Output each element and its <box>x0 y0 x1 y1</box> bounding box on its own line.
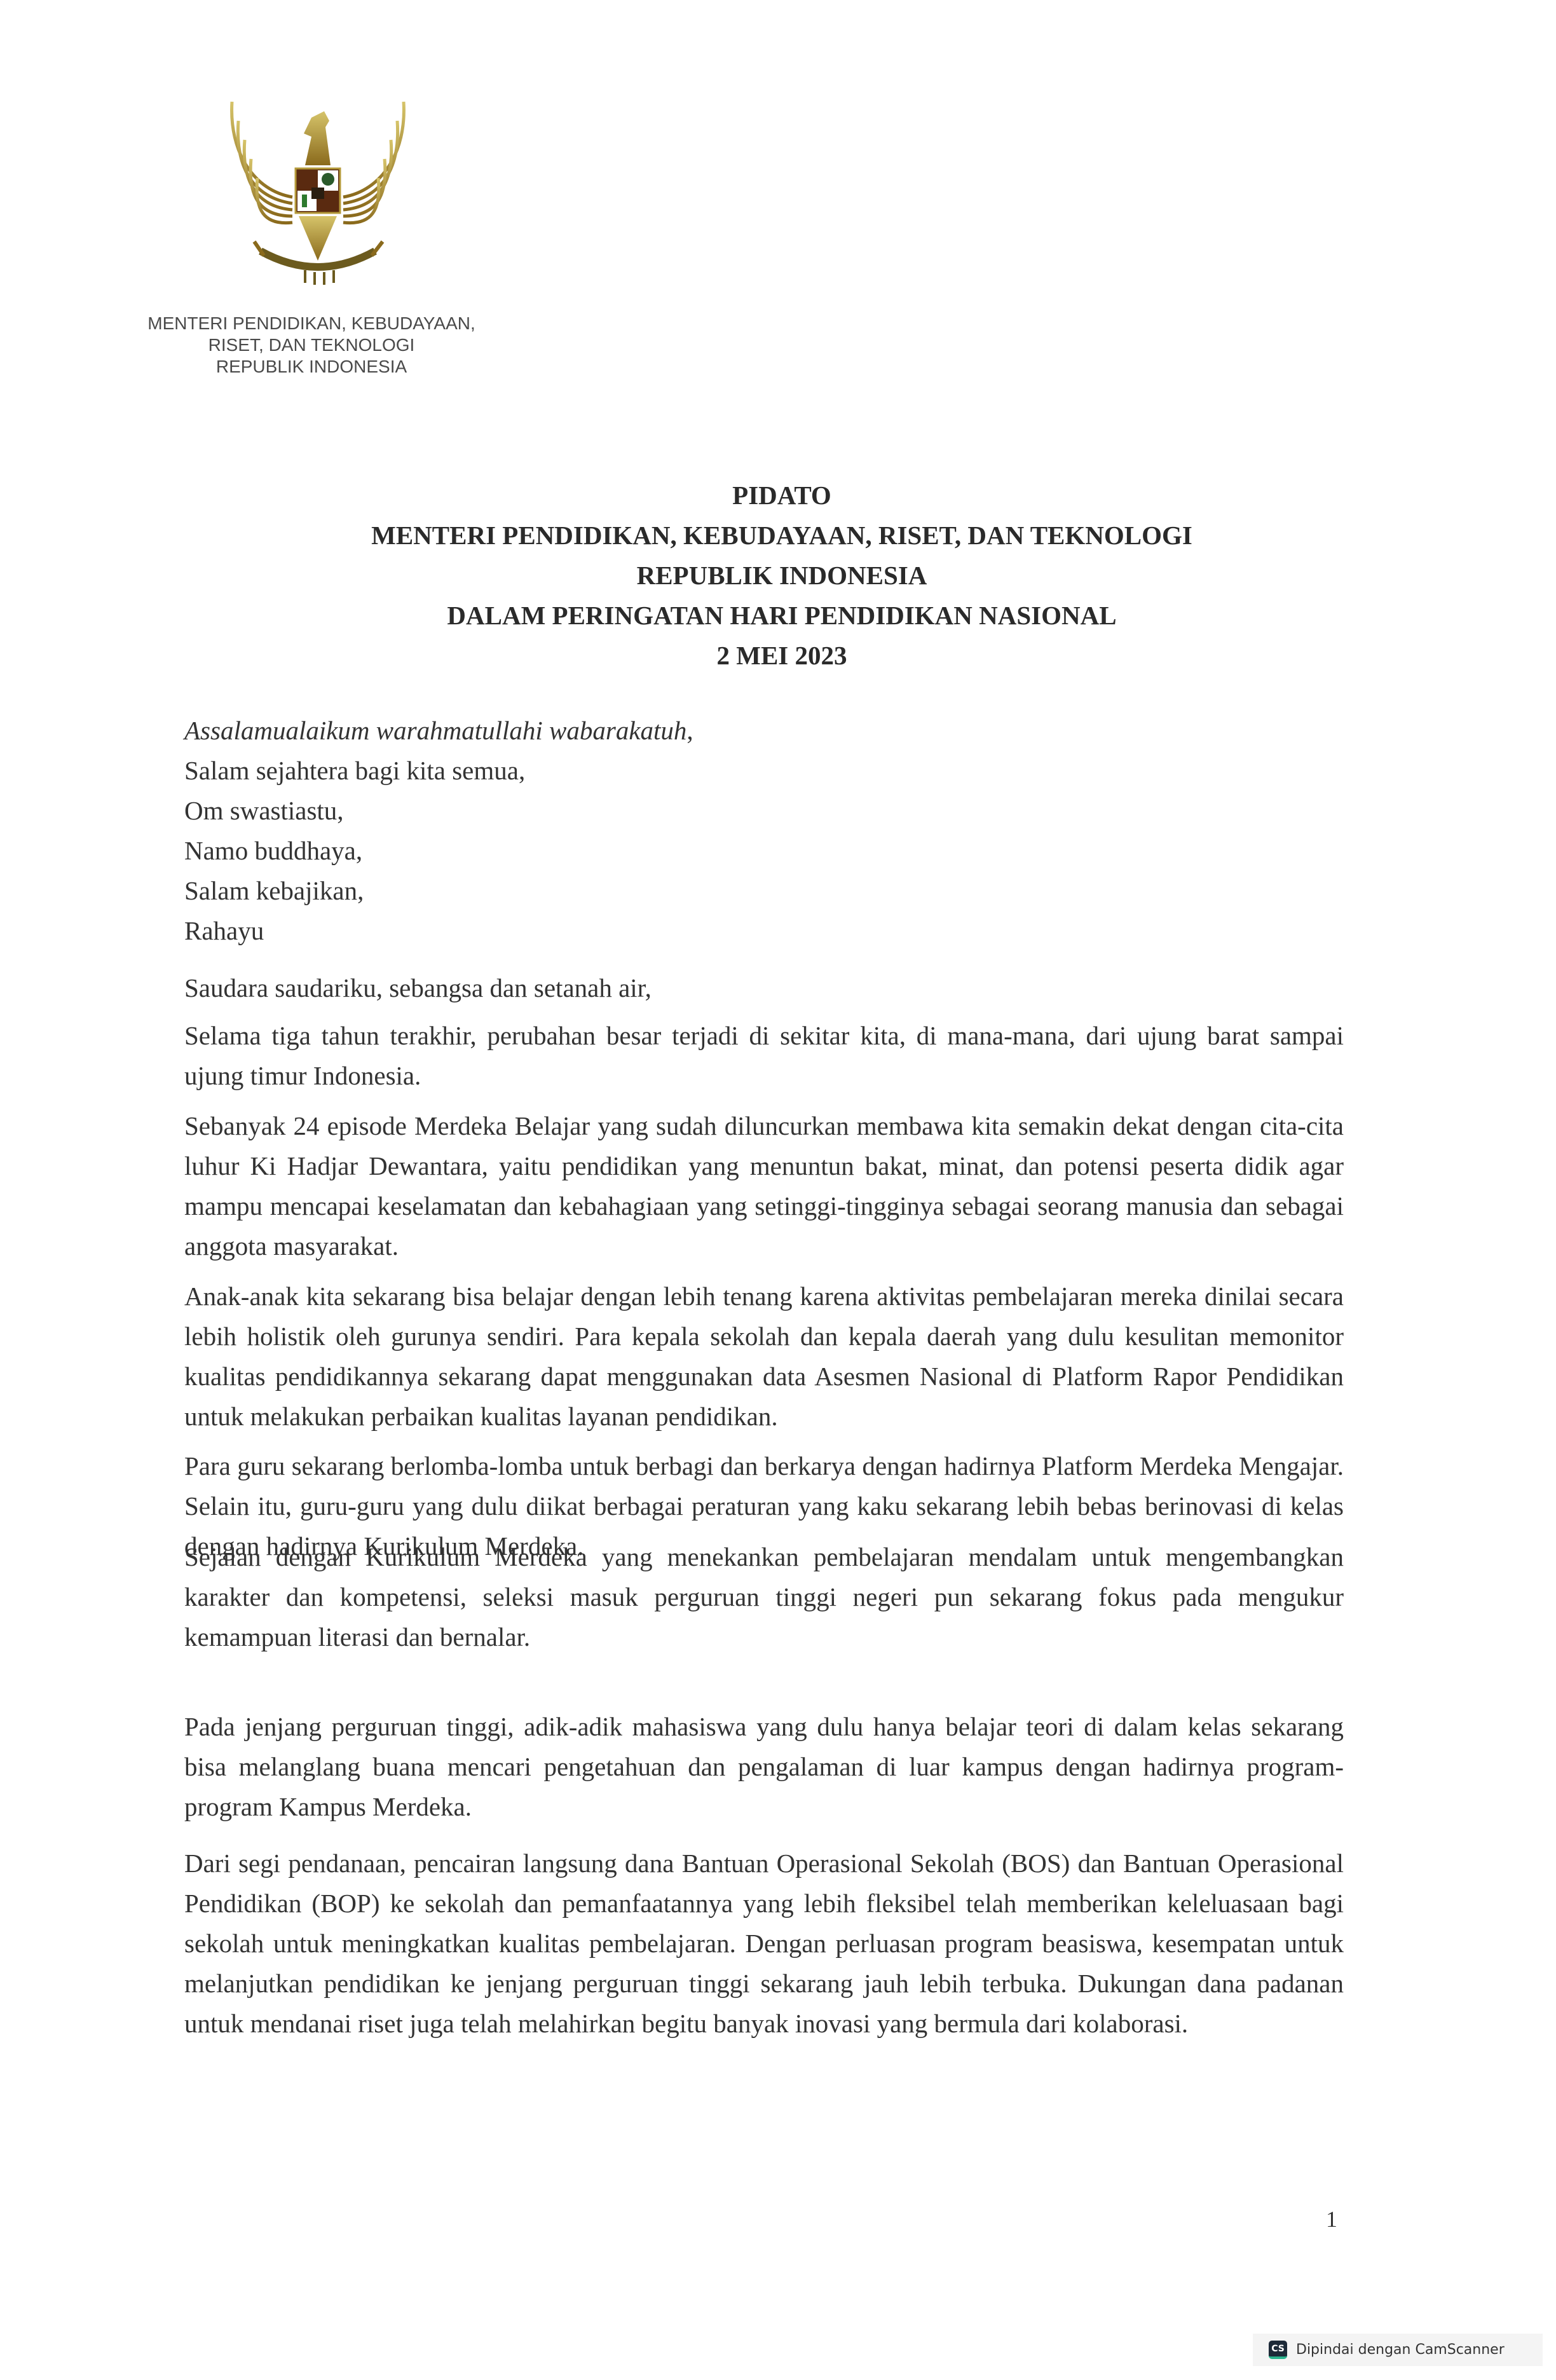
paragraph: Pada jenjang perguruan tinggi, adik-adik… <box>184 1707 1344 1827</box>
salutation-line: Salam kebajikan, <box>184 871 693 911</box>
speech-title: PIDATO MENTERI PENDIDIKAN, KEBUDAYAAN, R… <box>242 475 1322 676</box>
salutation-italic: Assalamualaikum warahmatullahi wabarakat… <box>184 716 686 745</box>
audience-address: Saudara saudariku, sebangsa dan setanah … <box>184 968 652 1008</box>
salutation-line: Assalamualaikum warahmatullahi wabarakat… <box>184 711 693 751</box>
salutations: Assalamualaikum warahmatullahi wabarakat… <box>184 711 693 951</box>
paragraph: Sejalan dengan Kurikulum Merdeka yang me… <box>184 1537 1344 1657</box>
ministry-line: RISET, DAN TEKNOLOGI <box>114 334 508 356</box>
title-line: DALAM PERINGATAN HARI PENDIDIKAN NASIONA… <box>242 596 1322 636</box>
title-line: MENTERI PENDIDIKAN, KEBUDAYAAN, RISET, D… <box>242 516 1322 556</box>
garuda-emblem-icon <box>216 89 420 299</box>
ministry-line: MENTERI PENDIDIKAN, KEBUDAYAAN, <box>114 313 508 334</box>
salutation-line: Namo buddhaya, <box>184 831 693 871</box>
ministry-line: REPUBLIK INDONESIA <box>114 356 508 378</box>
document-page: MENTERI PENDIDIKAN, KEBUDAYAAN, RISET, D… <box>0 0 1556 2380</box>
title-line: 2 MEI 2023 <box>242 636 1322 676</box>
paragraph: Anak-anak kita sekarang bisa belajar den… <box>184 1276 1344 1437</box>
paragraph: Sebanyak 24 episode Merdeka Belajar yang… <box>184 1106 1344 1266</box>
ministry-letterhead: MENTERI PENDIDIKAN, KEBUDAYAAN, RISET, D… <box>114 313 508 378</box>
paragraph: Selama tiga tahun terakhir, perubahan be… <box>184 1016 1344 1096</box>
camscanner-watermark: CS Dipindai dengan CamScanner <box>1253 2334 1543 2366</box>
page-number: 1 <box>1326 2206 1337 2233</box>
paragraph: Dari segi pendanaan, pencairan langsung … <box>184 1843 1344 2044</box>
title-line: REPUBLIK INDONESIA <box>242 556 1322 596</box>
salutation-line: Om swastiastu, <box>184 791 693 831</box>
title-line: PIDATO <box>242 475 1322 516</box>
camscanner-logo-icon: CS <box>1269 2341 1287 2359</box>
watermark-label: Dipindai dengan CamScanner <box>1296 2342 1505 2358</box>
salutation-line: Salam sejahtera bagi kita semua, <box>184 751 693 791</box>
salutation-line: Rahayu <box>184 911 693 951</box>
